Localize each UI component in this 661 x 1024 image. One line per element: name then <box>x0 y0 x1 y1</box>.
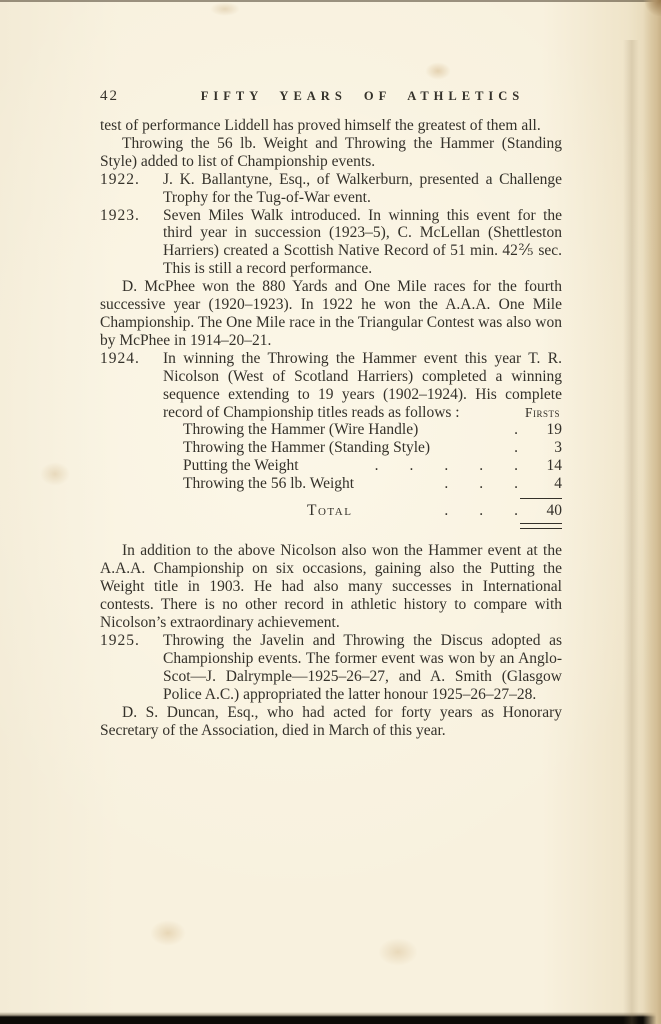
firsts-count: 3 <box>532 439 562 457</box>
foxing-stain <box>40 462 70 486</box>
scan-edge-top <box>0 0 661 2</box>
dot-leader: . . . . . <box>299 457 518 475</box>
championship-record-table: Throwing the Hammer (Wire Handle) . 19 T… <box>183 421 562 529</box>
firsts-count: 19 <box>532 421 562 439</box>
page-body: test of performance Liddell has proved h… <box>100 117 562 739</box>
year-entry-1923: 1923. Seven Miles Walk introduced. In wi… <box>100 207 562 279</box>
event-label: Putting the Weight <box>183 457 299 475</box>
year-entry-1922: 1922. J. K. Ballantyne, Esq., of Walkerb… <box>100 171 562 207</box>
foxing-stain <box>150 920 186 946</box>
total-rule-above <box>520 498 562 499</box>
year-entry-1925: 1925. Throwing the Javelin and Throwing … <box>100 632 562 704</box>
event-label: Throwing the Hammer (Wire Handle) <box>183 421 418 439</box>
scan-corner-top-right <box>645 0 661 16</box>
foxing-stain <box>210 2 240 16</box>
paragraph-seven-miles-walk: Seven Miles Walk introduced. In winning … <box>163 207 562 279</box>
paragraph-nicolson-addition: In addition to the above Nicolson also w… <box>100 542 562 632</box>
dot-leader: . <box>418 421 518 439</box>
running-title: FIFTY YEARS OF ATHLETICS <box>163 89 562 104</box>
book-page-scan: 42 FIFTY YEARS OF ATHLETICS test of perf… <box>0 0 661 1024</box>
firsts-count: 14 <box>532 457 562 475</box>
total-label: Total <box>307 502 352 520</box>
event-label: Throwing the Hammer (Standing Style) <box>183 439 430 457</box>
paragraph-liddell: test of performance Liddell has proved h… <box>100 117 562 135</box>
scan-edge-right <box>643 0 661 1024</box>
table-row: Throwing the Hammer (Wire Handle) . 19 <box>183 421 562 439</box>
paragraph-new-events: Throwing the 56 lb. Weight and Throwing … <box>100 135 562 171</box>
paragraph-duncan: D. S. Duncan, Esq., who had acted for fo… <box>100 704 562 740</box>
event-label: Throwing the 56 lb. Weight <box>183 475 354 493</box>
foxing-stain <box>378 938 418 966</box>
year-label-1923: 1923. <box>100 207 163 279</box>
paragraph-mcphee: D. McPhee won the 880 Yards and One Mile… <box>100 278 562 350</box>
page-crease <box>623 40 639 1024</box>
year-entry-1924: 1924. In winning the Throwing the Hammer… <box>100 350 562 422</box>
year-label-1922: 1922. <box>100 171 163 207</box>
table-row: Throwing the Hammer (Standing Style) . 3 <box>183 439 562 457</box>
scan-edge-bottom <box>0 1012 661 1024</box>
paragraph-ballantyne: J. K. Ballantyne, Esq., of Walkerburn, p… <box>163 171 562 207</box>
page-header: 42 FIFTY YEARS OF ATHLETICS <box>100 88 562 105</box>
dot-leader: . <box>430 439 518 457</box>
dot-leader: . . . <box>352 502 518 520</box>
table-row: Throwing the 56 lb. Weight . . . 4 <box>183 475 562 493</box>
total-value: 40 <box>532 502 562 520</box>
total-double-rule <box>520 523 562 530</box>
dot-leader: . . . <box>354 475 518 493</box>
firsts-count: 4 <box>532 475 562 493</box>
year-label-1925: 1925. <box>100 632 163 704</box>
paragraph-nicolson: In winning the Throwing the Hammer event… <box>163 350 562 422</box>
year-label-1924: 1924. <box>100 350 163 422</box>
page-number: 42 <box>100 88 163 105</box>
foxing-stain <box>425 62 451 80</box>
scan-edge-left <box>0 0 11 1024</box>
table-total-row: Total . . . 40 <box>307 502 562 520</box>
table-row: Putting the Weight . . . . . 14 <box>183 457 562 475</box>
paragraph-javelin-discus: Throwing the Javelin and Throwing the Di… <box>163 632 562 704</box>
